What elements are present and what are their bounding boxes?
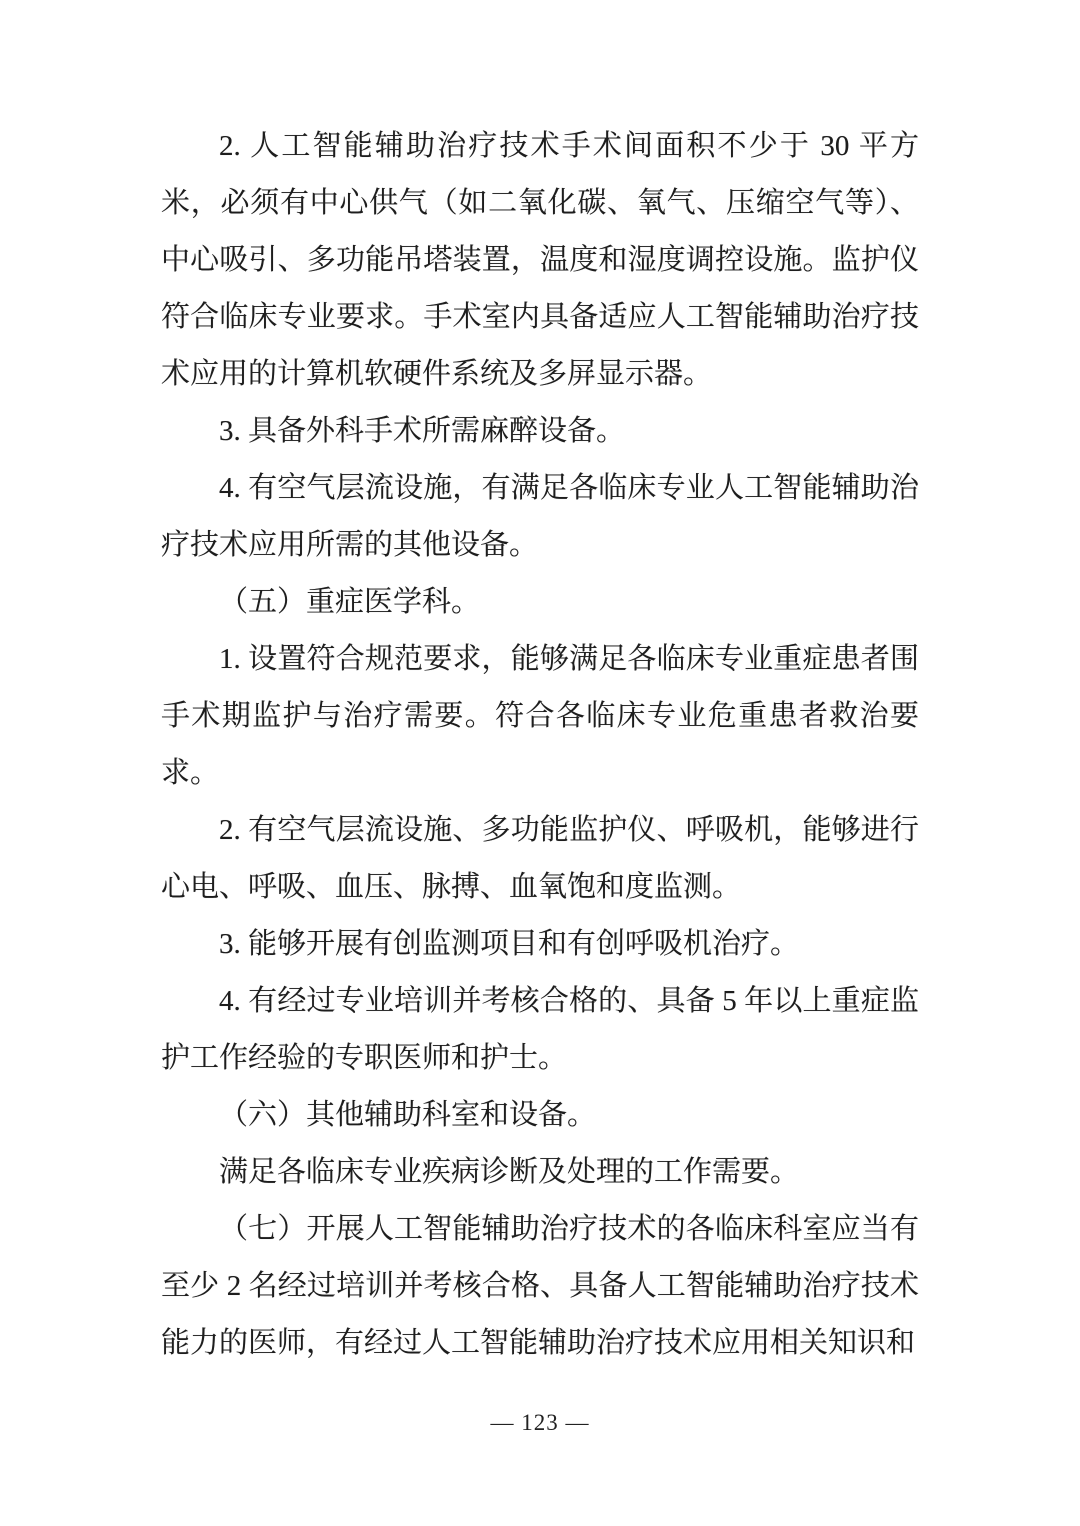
paragraph: （七）开展人工智能辅助治疗技术的各临床科室应当有至少 2 名经过培训并考核合格、…: [161, 1201, 919, 1372]
paragraph-section-heading: （五）重症医学科。: [161, 574, 919, 631]
paragraph-section-heading: （六）其他辅助科室和设备。: [161, 1087, 919, 1144]
paragraph: 4. 有空气层流设施，有满足各临床专业人工智能辅助治疗技术应用所需的其他设备。: [161, 460, 919, 574]
document-page: 2. 人工智能辅助治疗技术手术间面积不少于 30 平方米，必须有中心供气（如二氧…: [0, 0, 1080, 1526]
paragraph: 1. 设置符合规范要求，能够满足各临床专业重症患者围手术期监护与治疗需要。符合各…: [161, 631, 919, 802]
document-body: 2. 人工智能辅助治疗技术手术间面积不少于 30 平方米，必须有中心供气（如二氧…: [161, 118, 919, 1372]
paragraph: 3. 具备外科手术所需麻醉设备。: [161, 403, 919, 460]
paragraph: 3. 能够开展有创监测项目和有创呼吸机治疗。: [161, 916, 919, 973]
paragraph: 2. 人工智能辅助治疗技术手术间面积不少于 30 平方米，必须有中心供气（如二氧…: [161, 118, 919, 403]
paragraph: 满足各临床专业疾病诊断及处理的工作需要。: [161, 1144, 919, 1201]
paragraph: 4. 有经过专业培训并考核合格的、具备 5 年以上重症监护工作经验的专职医师和护…: [161, 973, 919, 1087]
page-number: — 123 —: [491, 1410, 590, 1435]
paragraph: 2. 有空气层流设施、多功能监护仪、呼吸机，能够进行心电、呼吸、血压、脉搏、血氧…: [161, 802, 919, 916]
page-footer: — 123 —: [0, 1408, 1080, 1438]
